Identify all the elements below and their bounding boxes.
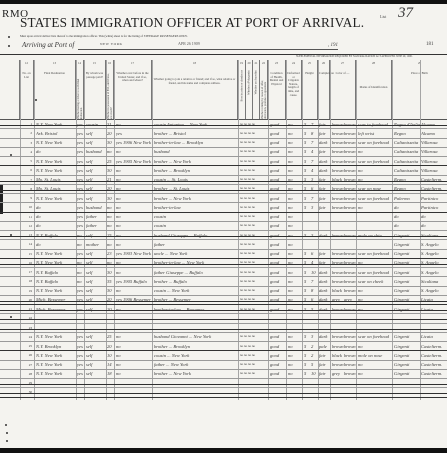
cell-before: no <box>116 168 152 173</box>
table-row: 20Mich. Bessemeryesself20yes 1906 Bessem… <box>0 296 447 305</box>
col-header-contract-labor: 22 Whether coming by reason of offer, so… <box>260 60 268 120</box>
line-number: 12 <box>22 224 32 228</box>
cell-health: good <box>270 279 286 284</box>
table-row: 13N.Y. Buffalonoself25nohusband Giuseppe… <box>0 231 447 240</box>
cell-flags: no no no no <box>240 288 268 292</box>
cell-complexion: fair <box>319 353 330 358</box>
col-header-deformed: 24 Deformed or Crippled. Nature, length … <box>286 60 302 120</box>
cell-relative: brother ... Brooklyn <box>154 344 238 349</box>
cell-marks: no <box>358 288 392 293</box>
cell-ft: 5 <box>304 344 310 349</box>
table-row: 17N.Y. Buffalonoself30nofather Giuseppe … <box>0 268 447 277</box>
cell-in: 3 <box>311 205 317 210</box>
table-row: 1N.Y. New Yorkyescousin31nocousin Antoni… <box>0 120 447 129</box>
cell-marks: scar on forehead <box>358 334 392 339</box>
cell-relative: father ... New York <box>154 362 238 367</box>
cell-eyes: brown <box>344 149 356 154</box>
table-row: 26N.Y. New Yorkyesself10nocousin ... New… <box>0 351 447 360</box>
cell-town: do <box>421 214 447 219</box>
cell-eyes: brown <box>344 168 356 173</box>
strike-line <box>0 384 447 385</box>
cell-health: good <box>270 168 286 173</box>
cell-dest: do <box>36 242 76 247</box>
col-header-money: 16 Whether in possession of $50, and if … <box>106 60 114 120</box>
cell-country: Girgenti <box>394 251 420 256</box>
cell-hair: brown <box>332 159 344 164</box>
cell-health: good <box>270 270 286 275</box>
margin-dot <box>6 440 8 442</box>
cell-money: no <box>107 205 115 210</box>
cell-deformed: no <box>288 251 301 256</box>
table-row: 3N.Y. New Yorkyesself30yes 1906 New York… <box>0 139 447 148</box>
cell-dest: N.Y. New York <box>36 371 76 376</box>
cell-eyes: brown <box>344 140 356 145</box>
cell-eyes: brown <box>344 196 356 201</box>
table-row: 14donomothernonofatherno no no nogoodnoG… <box>0 240 447 249</box>
cell-town: do <box>421 223 447 228</box>
cell-dest: N.Y. New York <box>36 196 76 201</box>
cell-relative: uncle ... New York <box>154 251 238 256</box>
cell-flags: no no no no <box>240 242 268 246</box>
cell-complexion: dark <box>319 334 330 339</box>
cell-flags: no no no no <box>240 140 268 144</box>
scan-border-bottom <box>0 448 447 453</box>
cell-complexion: dark <box>319 140 330 145</box>
cell-before: yes 1905 Buffalo <box>116 279 152 284</box>
cell-ft: 5 <box>304 288 310 293</box>
cell-health: good <box>270 205 286 210</box>
cell-paid: self <box>86 251 106 256</box>
cell-country: Girgenti <box>394 334 420 339</box>
cell-complexion: fair <box>319 362 330 367</box>
cell-flags: no no no no <box>240 371 268 375</box>
cell-health: good <box>270 140 286 145</box>
cell-paid: self <box>86 371 106 376</box>
supplemental-header: SUPPLEMENTAL INFORMATION REQUIRED BY NAT… <box>296 55 413 58</box>
cell-relative: brother ... New York <box>154 371 238 376</box>
cell-paid: self <box>86 131 106 136</box>
cell-before: yes <box>116 131 152 136</box>
cell-relative: brother ... New York <box>154 159 238 164</box>
cell-health: good <box>270 334 286 339</box>
cell-eyes: brown <box>344 334 356 339</box>
cell-before: no <box>116 344 152 349</box>
line-number: 3 <box>22 141 32 145</box>
cell-paid: husband <box>86 205 106 210</box>
cell-ft: 5 <box>304 334 310 339</box>
table-row: 11doyesfathernonocousinno no no nogoodno… <box>0 213 447 222</box>
cell-health: good <box>270 149 286 154</box>
cell-deformed: no <box>288 344 301 349</box>
cell-complexion: dark <box>319 279 330 284</box>
cell-country: Girgenti <box>394 279 420 284</box>
cell-health: good <box>270 344 286 349</box>
cell-health: good <box>270 371 286 376</box>
cell-paid: self <box>86 159 106 164</box>
cell-health: good <box>270 242 286 247</box>
table-row: 19N.Y. New Yorkyesself30nocousin ... New… <box>0 287 447 296</box>
cell-deformed: no <box>288 334 301 339</box>
cell-relative: father Giuseppe ... Buffalo <box>154 270 238 275</box>
line-number: 4 <box>22 150 32 154</box>
cell-deformed: no <box>288 196 301 201</box>
cell-dest: do <box>36 214 76 219</box>
cell-marks: scar on forehead <box>358 270 392 275</box>
table-row: 21Mich. Bessemeryesself20nobrother-in-la… <box>0 305 447 314</box>
cell-before: no <box>116 334 152 339</box>
cell-town: Villarosa <box>421 168 447 173</box>
cell-hair: brown <box>332 362 344 367</box>
cell-dest: N.Y. Brooklyn <box>36 344 76 349</box>
cell-ft: 5 <box>304 353 310 358</box>
cell-marks: no <box>358 205 392 210</box>
col-header-ticket: 14 Whether having a ticket to such final… <box>76 60 84 120</box>
table-row: 29 <box>0 379 447 388</box>
cell-country: do <box>394 214 420 219</box>
col-header-line-no: 12 No. on List <box>20 60 34 120</box>
cell-flags: no no no no <box>240 279 268 283</box>
cell-complexion: dark <box>319 288 330 293</box>
cell-dest: N.Y. New York <box>36 251 76 256</box>
cell-country: Girgenti <box>394 270 420 275</box>
cell-flags: no no no no <box>240 159 268 163</box>
cell-ticket: no <box>77 279 85 284</box>
cell-hair: brown <box>332 168 344 173</box>
line-number: 27 <box>22 363 32 367</box>
strike-line <box>0 329 447 330</box>
cell-town: S. Angelo <box>421 242 447 247</box>
cell-country: Girgenti <box>394 371 420 376</box>
col-header-final-destination: 13 Final Destination <box>34 60 76 120</box>
cell-deformed: no <box>288 362 301 367</box>
cell-eyes: brown <box>344 279 356 284</box>
cell-paid: self <box>86 334 106 339</box>
cell-paid: father <box>86 214 106 219</box>
cell-marks: no <box>358 149 392 154</box>
cell-paid: self <box>86 168 106 173</box>
cell-health: good <box>270 223 286 228</box>
col-header-previously-in-us: 17 Whether ever before in the United Sta… <box>114 60 152 120</box>
cell-health: good <box>270 159 286 164</box>
page-title: STATES IMMIGRATION OFFICER AT PORT OF AR… <box>20 15 364 31</box>
table-row: 2Ark. Bristolyesself20yesbrother ... Bri… <box>0 129 447 138</box>
line-number: 28 <box>22 372 32 376</box>
col-header-joining-relative: 18 Whether going to join a relative or f… <box>152 60 238 120</box>
cell-town: Villarosa <box>421 149 447 154</box>
cell-town: S. Angelo <box>421 251 447 256</box>
cell-relative: father <box>154 242 238 247</box>
cell-country: Caltanissetta <box>394 149 420 154</box>
cell-in: 2 <box>311 344 317 349</box>
line-number: 11 <box>22 215 32 219</box>
col-header-complexion: 26 Complexion <box>318 60 330 120</box>
cell-in: 6 <box>311 251 317 256</box>
cell-marks: no <box>358 168 392 173</box>
cell-town: Siculiana <box>421 279 447 284</box>
col-header-health: 23 Condition of Health, Mental and Physi… <box>268 60 286 120</box>
table-row: 10doyeshusbandnonobrother-in-lawno no no… <box>0 203 447 212</box>
cell-before: no <box>116 242 152 247</box>
strike-line <box>0 393 447 394</box>
year-suffix: , 191 <box>328 43 338 48</box>
col-header-height: 25 Height <box>302 60 318 120</box>
cell-marks: no <box>358 344 392 349</box>
cell-marks: left wrist <box>358 131 392 136</box>
cell-dest: N.Y. New York <box>36 168 76 173</box>
cell-marks: mole on nose <box>358 353 392 358</box>
cell-hair: brown <box>332 149 344 154</box>
cell-health: good <box>270 196 286 201</box>
col-header-color: 27 Color of — <box>330 60 356 120</box>
cell-before: no <box>116 270 152 275</box>
cell-town: Castelterm. <box>421 353 447 358</box>
arriving-label: Arriving at Port of <box>22 41 74 49</box>
table-row: 16N.Y. New Yorknoselfnonobrother-in-law … <box>0 259 447 268</box>
cell-flags: no no no no <box>240 223 268 227</box>
cell-town: Villarosa <box>421 159 447 164</box>
table-row: 28N.Y. New Yorkyesself18nobrother ... Ne… <box>0 370 447 379</box>
cell-dest: N.Y. New York <box>36 288 76 293</box>
cell-in: 8 <box>311 131 317 136</box>
table-row: 18N.Y. Buffalonoself35yes 1905 Buffalobr… <box>0 277 447 286</box>
cell-country: Girgenti <box>394 288 420 293</box>
cell-eyes: brown <box>344 251 356 256</box>
cell-ft: 5 <box>304 251 310 256</box>
cell-ticket: yes <box>77 362 85 367</box>
list-number: 37 <box>398 5 413 22</box>
cell-ft: 5 <box>304 159 310 164</box>
cell-marks: scar on forehead <box>358 140 392 145</box>
cell-country: Girgenti <box>394 353 420 358</box>
line-number: 2 <box>22 131 32 135</box>
cell-relative: husband Giovanni ... New York <box>154 334 238 339</box>
col-header-marks: 28 Marks of Identification <box>356 60 392 120</box>
cell-dest: N.Y. New York <box>36 353 76 358</box>
cell-marks: scar on cheek <box>358 279 392 284</box>
cell-paid: self <box>86 353 106 358</box>
cell-money: 30 <box>107 196 115 201</box>
col-header-margin <box>0 60 20 120</box>
cell-country: Girgenti <box>394 362 420 367</box>
table-row: 23 <box>0 324 447 333</box>
cell-paid: self <box>86 362 106 367</box>
line-number: 18 <box>22 279 32 283</box>
cell-relative: cousin ... New York <box>154 353 238 358</box>
cell-ft: 5 <box>304 279 310 284</box>
cell-country: Regno <box>394 131 420 136</box>
cell-money: 18 <box>107 371 115 376</box>
cell-flags: no no no no <box>240 353 268 357</box>
cell-deformed: no <box>288 242 301 247</box>
cell-relative: husband <box>154 149 238 154</box>
strike-line <box>0 319 447 320</box>
cell-dest: N.Y. New York <box>36 159 76 164</box>
cell-ticket: yes <box>77 288 85 293</box>
arrival-port: NEW YORK <box>100 42 123 46</box>
cell-deformed: no <box>288 205 301 210</box>
col-header-polygamist: 20 Whether a Polygamist <box>246 60 253 120</box>
cell-in: 8 <box>311 288 317 293</box>
cell-paid: self <box>86 196 106 201</box>
cell-hair: brown <box>332 131 344 136</box>
cell-flags: no no no no <box>240 196 268 200</box>
cell-ft: 5 <box>304 362 310 367</box>
cell-deformed: no <box>288 288 301 293</box>
cell-relative: brother ... Buffalo <box>154 279 238 284</box>
line-number: 25 <box>22 344 32 348</box>
cell-marks: scar on forehead <box>358 196 392 201</box>
cell-ft: 5 <box>304 131 310 136</box>
cell-ticket: no <box>77 242 85 247</box>
cell-money: no <box>107 149 115 154</box>
line-number: 15 <box>22 252 32 256</box>
cell-complexion: pale <box>319 344 330 349</box>
cell-in: 3 <box>311 334 317 339</box>
cell-relative: brother-in-law ... Brooklyn <box>154 140 238 145</box>
cell-health: good <box>270 288 286 293</box>
cell-relative: cousin ... New York <box>154 288 238 293</box>
cell-in: 5 <box>311 362 317 367</box>
strike-line <box>0 310 447 311</box>
cell-before: no <box>116 371 152 376</box>
cell-town: Partinico <box>421 205 447 210</box>
cell-health: good <box>270 353 286 358</box>
cell-ticket: yes <box>77 223 85 228</box>
cell-ticket: yes <box>77 205 85 210</box>
cell-money: 25 <box>107 334 115 339</box>
cell-marks: scar on forehead <box>358 159 392 164</box>
cell-ticket: yes <box>77 344 85 349</box>
cell-relative: brother ... New York <box>154 196 238 201</box>
cell-health: good <box>270 362 286 367</box>
cell-money: 30 <box>107 168 115 173</box>
cell-money: 35 <box>107 279 115 284</box>
cell-relative: cousin <box>154 214 238 219</box>
cell-paid: self <box>86 270 106 275</box>
col-header-anarchist: 21 Whether an Anarchist <box>253 60 260 120</box>
table-row: 15N.Y. New Yorkyesself23yes 1903 New Yor… <box>0 250 447 259</box>
line-number: 26 <box>22 353 32 357</box>
line-number: 24 <box>22 335 32 339</box>
cell-eyes: brown <box>344 270 356 275</box>
cell-town: Castelterm. <box>421 371 447 376</box>
page-reference: 181 <box>426 42 434 47</box>
cell-flags: no no no no <box>240 344 268 348</box>
margin-dot <box>8 36 10 38</box>
table-row: 27N.Y. New Yorkyesself14nofather ... New… <box>0 361 447 370</box>
cell-hair: brown <box>332 196 344 201</box>
instruction-note: Must upon arrival deliver lists thereof … <box>20 34 188 38</box>
cell-hair: black <box>332 288 344 293</box>
strike-line <box>0 301 447 302</box>
cell-paid: self <box>86 140 106 145</box>
line-number: 10 <box>22 205 32 209</box>
table-row: 8Mo. St. Louisyesself20nobrother ... St.… <box>0 185 447 194</box>
cell-money: no <box>107 214 115 219</box>
cell-before: no <box>116 362 152 367</box>
cell-before: no <box>116 223 152 228</box>
cell-town: Castelterm. <box>421 362 447 367</box>
cell-ticket: yes <box>77 140 85 145</box>
cell-hair: brown <box>332 279 344 284</box>
cell-deformed: no <box>288 353 301 358</box>
cell-money: 30 <box>107 288 115 293</box>
cell-town: Alcamo <box>421 131 447 136</box>
cell-ticket: yes <box>77 131 85 136</box>
cell-ticket: no <box>77 270 85 275</box>
cell-ft: 5 <box>304 168 310 173</box>
cell-paid: father <box>86 223 106 228</box>
cell-hair: brown <box>332 344 344 349</box>
line-number: 5 <box>22 159 32 163</box>
cell-complexion: fair <box>319 371 330 376</box>
cell-money: 30 <box>107 270 115 275</box>
table-row: 6N.Y. New Yorkyesself30nobrother ... Bro… <box>0 166 447 175</box>
cell-paid: mother <box>86 242 106 247</box>
cell-complexion: fair <box>319 131 330 136</box>
cell-in: 10 <box>311 371 317 376</box>
cell-hair: brown <box>332 251 344 256</box>
cell-relative: brother ... Bristol <box>154 131 238 136</box>
cell-flags: no no no no <box>240 251 268 255</box>
strike-line <box>0 125 447 126</box>
cell-complexion: fair <box>319 251 330 256</box>
strike-line <box>0 264 447 265</box>
cell-ticket: yes <box>77 159 85 164</box>
cell-country: do <box>394 223 420 228</box>
cell-eyes: brown <box>344 131 356 136</box>
cell-paid: self <box>86 288 106 293</box>
cell-hair: grey <box>332 371 344 376</box>
cell-country: Caltanissetta <box>394 168 420 173</box>
cell-flags: no no no no <box>240 131 268 135</box>
list-label: List <box>380 14 386 19</box>
cell-deformed: no <box>288 140 301 145</box>
strike-line <box>0 236 447 237</box>
cell-in: 4 <box>311 149 317 154</box>
cell-dest: do <box>36 149 76 154</box>
cell-before: no <box>116 149 152 154</box>
cell-country: do <box>394 205 420 210</box>
cell-complexion: fair <box>319 205 330 210</box>
cell-money: 20 <box>107 131 115 136</box>
cell-before: no <box>116 288 152 293</box>
cell-deformed: no <box>288 279 301 284</box>
cell-ticket: yes <box>77 168 85 173</box>
cell-town: Licata <box>421 334 447 339</box>
cell-hair: brown <box>332 205 344 210</box>
line-number: 14 <box>22 242 32 246</box>
cell-ticket: yes <box>77 196 85 201</box>
table-row: 5N.Y. New Yorkyesself25yes 1905 New York… <box>0 157 447 166</box>
cell-dest: N.Y. New York <box>36 140 76 145</box>
margin-dot <box>8 45 10 47</box>
cell-relative: cousin <box>154 223 238 228</box>
cell-complexion: dark <box>319 159 330 164</box>
cell-marks: no <box>358 371 392 376</box>
cell-dest: N.Y. Buffalo <box>36 270 76 275</box>
cell-eyes: brown <box>344 344 356 349</box>
margin-dot <box>5 424 7 426</box>
cell-flags: no no no no <box>240 168 268 172</box>
cell-money: 30 <box>107 140 115 145</box>
table-row: 9N.Y. New Yorkyesself30nobrother ... New… <box>0 194 447 203</box>
cell-in: 7 <box>311 279 317 284</box>
cell-hair: brown <box>332 334 344 339</box>
cell-ticket: yes <box>77 214 85 219</box>
cell-health: good <box>270 214 286 219</box>
cell-before: no <box>116 205 152 210</box>
